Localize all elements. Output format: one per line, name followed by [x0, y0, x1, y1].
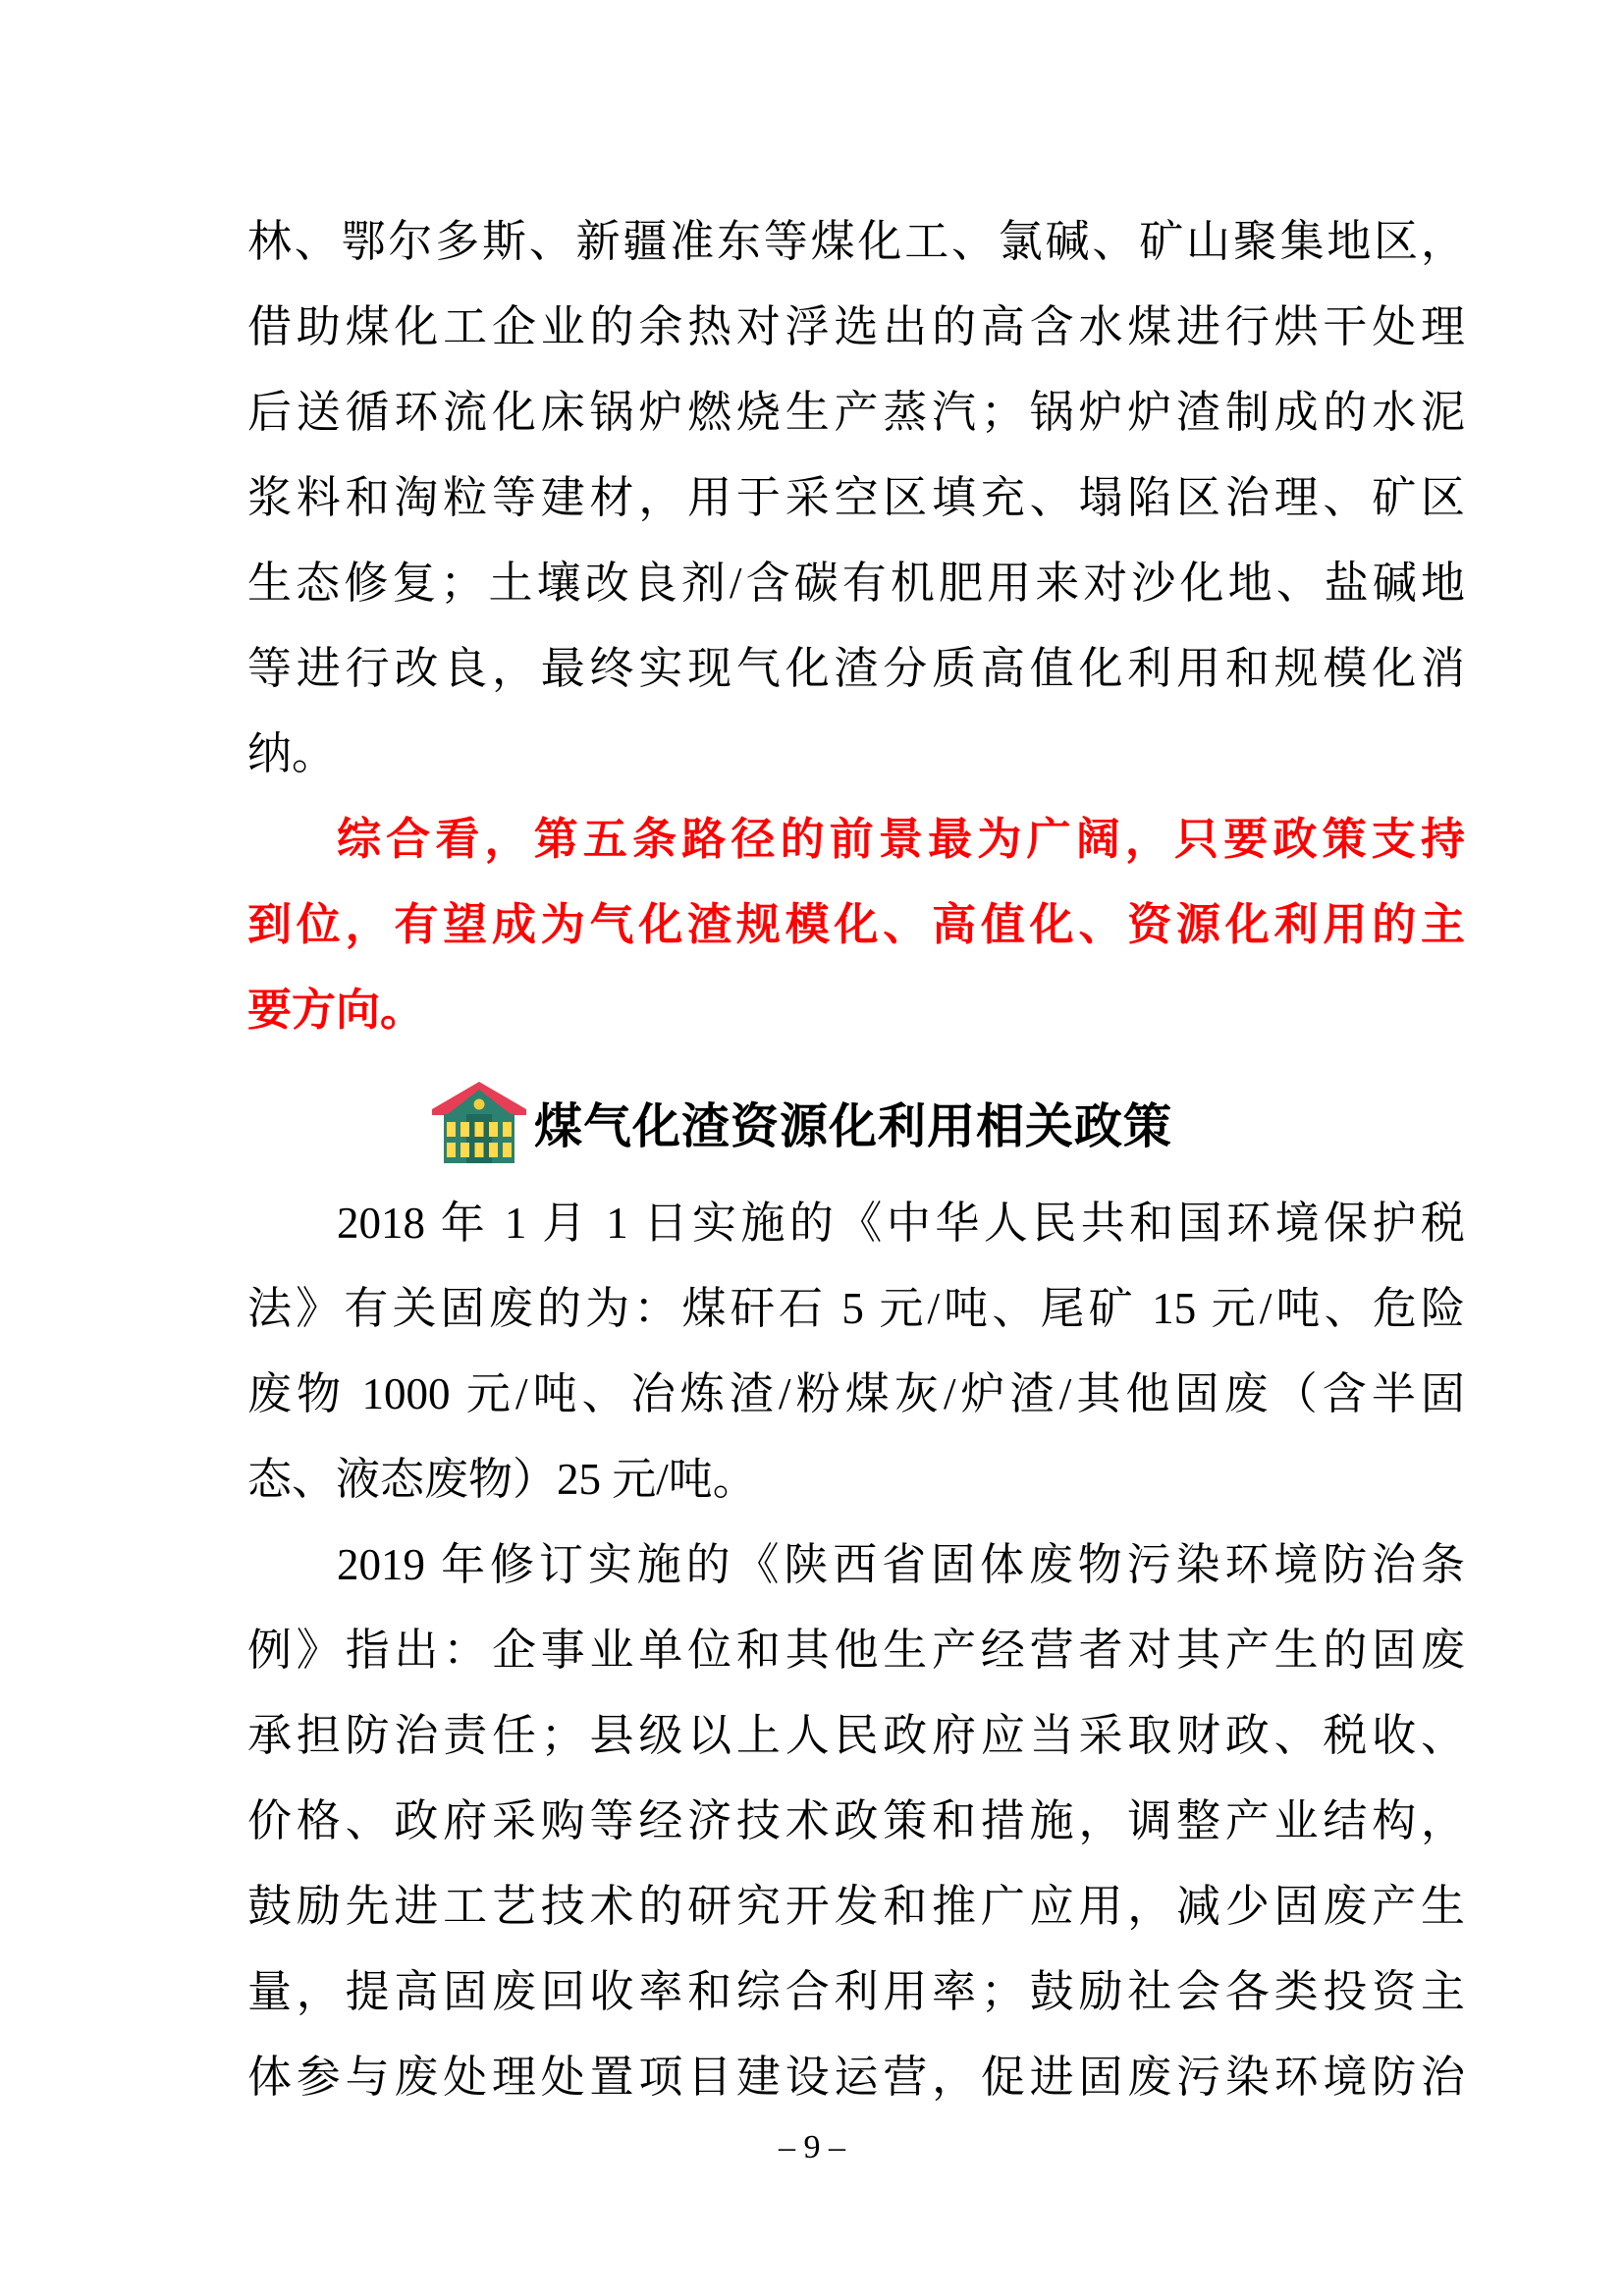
body-line: 借助煤化工企业的余热对浮选出的高含水煤进行烘干处理 — [247, 285, 1465, 370]
body-line: 法》有关固废的为：煤矸石 5 元/吨、尾矿 15 元/吨、危险 — [247, 1266, 1465, 1352]
body-line: 态、液态废物）25 元/吨。 — [247, 1437, 1465, 1522]
body-line: 鼓励先进工艺技术的研究开发和推广应用，减少固废产生 — [247, 1864, 1465, 1949]
body-line: 2018 年 1 月 1 日实施的《中华人民共和国环境保护税 — [247, 1181, 1465, 1266]
emphasis-line: 到位，有望成为气化渣规模化、高值化、资源化利用的主 — [247, 882, 1465, 968]
body-line: 等进行改良，最终实现气化渣分质高值化利用和规模化消 — [247, 626, 1465, 712]
body-line: 量，提高固废回收率和综合利用率；鼓励社会各类投资主 — [247, 1949, 1465, 2035]
page-number: – 9 – — [0, 2128, 1624, 2167]
body-line: 生态修复；土壤改良剂/含碳有机肥用来对沙化地、盐碱地 — [247, 541, 1465, 626]
body-line: 承担防治责任；县级以上人民政府应当采取财政、税收、 — [247, 1693, 1465, 1779]
document-page: 林、鄂尔多斯、新疆准东等煤化工、氯碱、矿山聚集地区， 借助煤化工企业的余热对浮选… — [0, 0, 1624, 2296]
body-line: 纳。 — [247, 712, 1465, 797]
body-line: 后送循环流化床锅炉燃烧生产蒸汽；锅炉炉渣制成的水泥 — [247, 370, 1465, 455]
body-line: 浆料和淘粒等建材，用于采空区填充、塌陷区治理、矿区 — [247, 455, 1465, 541]
emphasis-line: 综合看，第五条路径的前景最为广阔，只要政策支持 — [247, 797, 1465, 882]
text-column: 林、鄂尔多斯、新疆准东等煤化工、氯碱、矿山聚集地区， 借助煤化工企业的余热对浮选… — [247, 199, 1465, 2120]
building-icon — [432, 1082, 526, 1164]
section-heading-row: 煤气化渣资源化利用相关政策 — [193, 1053, 1411, 1181]
section-heading-title: 煤气化渣资源化利用相关政策 — [534, 1089, 1172, 1157]
body-line: 例》指出：企事业单位和其他生产经营者对其产生的固废 — [247, 1608, 1465, 1693]
body-line: 价格、政府采购等经济技术政策和措施，调整产业结构， — [247, 1779, 1465, 1864]
body-line: 林、鄂尔多斯、新疆准东等煤化工、氯碱、矿山聚集地区， — [247, 199, 1465, 285]
body-line: 2019 年修订实施的《陕西省固体废物污染环境防治条 — [247, 1522, 1465, 1608]
body-line: 体参与废处理处置项目建设运营，促进固废污染环境防治 — [247, 2035, 1465, 2120]
emphasis-line: 要方向。 — [247, 968, 1465, 1053]
body-line: 废物 1000 元/吨、冶炼渣/粉煤灰/炉渣/其他固废（含半固 — [247, 1352, 1465, 1437]
